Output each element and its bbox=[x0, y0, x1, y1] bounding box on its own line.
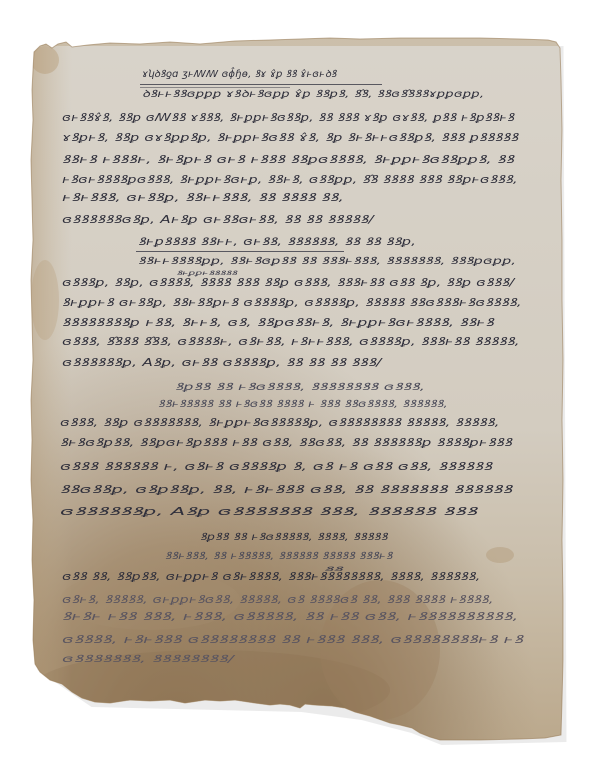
section-2-line-5: ɞꝸꝸꝸꝸꝸꝸꝑ, Aꝸꝑ, ɞⱶꝸꝸ ɞꝸꝸꝸꝸꝑ, ꝸꝸ ꝸꝸ ꝸꝸ ꝸꝸꝸ… bbox=[62, 356, 382, 370]
section-3-line-4: ꝸꝸɞꝸꝸꝑ, ɞꝸꝑꝸꝸꝑ, ꝸꝸ, ⱶꝸⱶꝸꝸꝸ ɞꝸꝸ, ꝸꝸ ꝸꝸꝸꝸꝸ… bbox=[60, 483, 512, 497]
section-3-line-2: ꝸⱶꝸɞꝸꝑꝸꝸ, ꝸꝸꝑɞⱶꝸꝑꝸꝸꝸ ⱶꝸꝸ ɞꝸꝸ, ꝸꝸɞꝸꝸ, ꝸꝸ … bbox=[60, 436, 512, 450]
manuscript-page: ɤʮꝺꝸƍɑ ʒⱶꟿꟿ ɞɸ̂ɧɵ, ꝸɤ ɤ̂ꝑ ꝸꝸ ɤ̂ⱶɞⱶꝺꝸ ꝺꝸⱶ… bbox=[0, 0, 597, 777]
section-1-heading: ɤʮꝺꝸƍɑ ʒⱶꟿꟿ ɞɸ̂ɧɵ, ꝸɤ ɤ̂ꝑ ꝸꝸ ɤ̂ⱶɞⱶꝺꝸ bbox=[142, 68, 382, 82]
section-4-line-3: ꝸⱶꝸⱶ ⱶꝸꝸ ꝸꝸꝸ, ⱶꝸꝸꝸ, ɞꝸꝸꝸꝸꝸ, ꝸꝸ ⱶꝸꝸ ɞꝸꝸ, … bbox=[62, 610, 519, 624]
section-1-line-5: ⱶꝸⱶꝸꝸꝸ, ɞⱶꝸꝸꝑ, ꝸꝸⱶⱶꝸꝸꝸ, ꝸꝸ ꝸꝸꝸꝸ ꝸꝸ, bbox=[62, 191, 344, 205]
section-1-heading-underline bbox=[140, 84, 382, 85]
section-2-line-3: ꝸꝸꝸꝸꝸꝸꝸꝸꝑ ⱶꝸꝸ, ꝸⱶⱶꝸ, ɞꝸ, ꝸꝸꝑɞꝸꝸⱶꝸ, ꝸⱶꝑꝑⱶ… bbox=[62, 316, 494, 330]
section-4-line-5: ɞꝸꝸꝸꝸꝸꝸꝸ, ꝸꝸꝸꝸꝸꝸꝸꝸ/ bbox=[62, 653, 234, 667]
section-3-line-3: ɞꝸꝸꝸ ꝸꝸꝸꝸꝸꝸ ⱶ, ɞꝸⱶꝸ ɞꝸꝸꝸꝸꝑ ꝸ, ɞꝸ ⱶꝸ ɞꝸꝸ … bbox=[60, 460, 492, 474]
section-2-heading: ꝸⱶꝑꝸꝸꝸꝸ ꝸꝸⱶⱶ, ɞⱶꝸꝸ, ꝸꝸꝸꝸꝸꝸ, ꝸꝸ ꝸꝸ ꝸꝸꝑ, bbox=[138, 235, 416, 249]
section-4-line-1: ɞꝸꝸ ꝸꝸ, ꝸꝸꝑꝸꝸ, ɞⱶꝑꝑⱶꝸ ɞꝸⱶꝸꝸꝸꝸ, ꝸꝸꝸⱶꝸꝸꝸꝸꝸ… bbox=[62, 570, 480, 584]
section-2-line-4: ɞꝸꝸꝸ, ꝸ̂ꝸꝸꝸ ꝸ̂ꝸꝸ, ɞꝸꝸꝸꝸⱶ, ɞꝸⱶꝸꝸ, ⱶꝸⱶⱶꝸꝸꝸ… bbox=[62, 335, 520, 349]
section-1-line-6: ɞꝸꝸꝸꝸꝸꝸɞꝸꝑ, Aⱶꝸꝑ ɞⱶꝸꝸɞⱶꝸꝸ, ꝸꝸ ꝸꝸ ꝸꝸꝸꝸꝸ/ bbox=[62, 213, 374, 227]
section-1-line-2: ɤꝸꝑⱶꝸ, ꝸꝸꝑ ɞɤꝸꝑꝑꝸꝑ, ꝸⱶꝑꝑⱶꝸɞꝸꝸ ɤ̂ꝸ, ꝸꝑ ꝸⱶ… bbox=[62, 131, 518, 145]
section-4-subheading: ꝸꝸⱶꝸꝸꝸ, ꝸꝸ ⱶꝸꝸꝸꝸꝸ, ꝸꝸꝸꝸꝸꝸ ꝸꝸꝸꝸꝸ ꝸꝸꝸⱶꝸ bbox=[165, 550, 393, 564]
section-1-line-1: ɞⱶꝸꝸɤ̂ꝸ, ꝸꝸꝑ ɞꟿꝸꝸ ɤꝸꝸꝸ, ꝸⱶꝑꝑⱶꝸɞꝸꝸꝑ, ꝸꝸ ꝸ… bbox=[62, 111, 514, 125]
section-4-heading: ꝸꝑꝸꝸ ꝸꝸ ⱶꝸɞꝸꝸꝸꝸꝸ, ꝸꝸꝸꝸ, ꝸꝸꝸꝸꝸ bbox=[200, 531, 388, 545]
section-2-line-2: ꝸⱶꝑꝑⱶꝸ ɞⱶꝸꝸꝑ, ꝸꝸⱶꝸꝸꝑⱶꝸ ɞꝸꝸꝸꝸꝑ, ɞꝸꝸꝸꝸꝑ, ꝸ… bbox=[62, 296, 522, 310]
section-3-heading: ꝸꝑꝸꝸ ꝸꝸ ⱶꝸɞꝸꝸꝸꝸ, ꝸꝸꝸꝸꝸꝸꝸꝸ ɞꝸꝸꝸ, bbox=[175, 381, 425, 395]
section-4-line-2: ɞꝸⱶꝸ, ꝸꝸꝸꝸꝸ, ɞⱶꝑꝑⱶꝸɞꝸꝸ, ꝸꝸꝸꝸꝸ, ɞꝸ ꝸꝸꝸꝸɞꝸ… bbox=[62, 593, 494, 607]
section-3-subheading: ꝸꝸⱶꝸꝸꝸꝸꝸ ꝸꝸ ⱶꝸɞꝸꝸ ꝸꝸꝸꝸ ⱶ ꝸꝸꝸ ꝸꝸɞꝸꝸꝸꝸ, ꝸꝸ… bbox=[158, 398, 448, 412]
section-1-subheading: ꝺꝸⱶⱶꝸꝸɞꝑꝑꝑ ɤꝸꝺⱶꝸɞꝑꝑ ɤ̂ꝑ ꝸꝸꝑꝸ, ꝸ̂ꝸ, ꝸꝸɞꝸ̂… bbox=[142, 88, 484, 102]
section-3-line-5: ɞꝸꝸꝸꝸꝸꝸꝑ, Aꝸꝑ ɞꝸꝸꝸꝸꝸꝸꝸ ꝸꝸꝸ, ꝸꝸꝸꝸꝸꝸ ꝸꝸꝸ bbox=[60, 505, 477, 519]
section-1-line-4: ⱶꝸɞⱶꝸꝸꝸꝸꝑɞꝸꝸꝸ, ꝸⱶꝑꝑⱶꝸɞⱶꝑ, ꝸꝸⱶꝸ, ɞꝸꝸꝑꝑ, ꝸ… bbox=[62, 173, 518, 187]
section-2-subheading: ꝸꝸⱶⱶꝸꝸꝸꝸꝑꝑ, ꝸꝸⱶꝸɞꝑꝸꝸ ꝸꝸ ꝸꝸꝸⱶꝸꝸꝸ, ꝸꝸꝸꝸꝸꝸꝸ… bbox=[138, 255, 516, 269]
section-2-line-1: ɞꝸꝸꝸꝑ, ꝸꝸꝑ, ɞꝸꝸꝸꝸ, ꝸꝸꝸꝸ ꝸꝸꝸ ꝸꝸꝑ ɞꝸꝸꝸ, ꝸꝸ… bbox=[62, 276, 514, 290]
section-3-line-1: ɞꝸꝸꝸ, ꝸꝸꝑ ɞꝸꝸꝸꝸꝸꝸꝸ, ꝸⱶꝑꝑⱶꝸɞꝸꝸꝸꝸꝸꝑ, ɞꝸꝸꝸꝸ… bbox=[60, 416, 500, 430]
section-1-line-3: ꝸꝸⱶꝸ ⱶꝸꝸꝸⱶ, ꝸⱶꝸꝑⱶꝸ ɞⱶꝸ ⱶꝸꝸꝸ ꝸꝸꝑɞꝸꝸꝸꝸ, ꝸⱶ… bbox=[62, 153, 514, 167]
section-2-heading-underline bbox=[136, 251, 344, 252]
section-4-line-4: ɞꝸꝸꝸꝸ, ⱶꝸⱶꝸꝸꝸ ɞꝸꝸꝸꝸꝸꝸꝸꝸ ꝸꝸ ⱶꝸꝸꝸ ꝸꝸꝸ, ɞꝸꝸ… bbox=[62, 633, 523, 647]
